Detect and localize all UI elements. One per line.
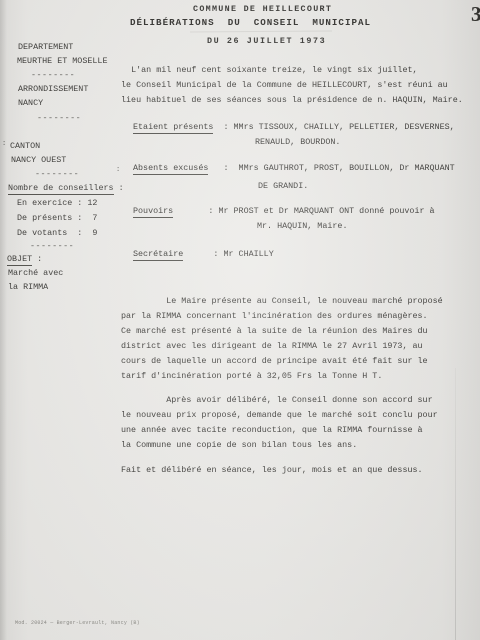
conseillers-row-exercice: En exercice : 12 [17, 198, 97, 209]
absents-row: Absents excusés : MMrs GAUTHROT, PROST, … [133, 163, 455, 174]
intro-paragraph: L'an mil neuf cent soixante treize, le v… [121, 63, 480, 108]
printer-imprint: Mod. 20024 — Berger-Levrault, Nancy (B) [15, 620, 140, 626]
canton-value: NANCY OUEST [11, 155, 66, 166]
canton-label: CANTON [10, 141, 40, 152]
header-title: DÉLIBÉRATIONS DU CONSEIL MUNICIPAL [130, 17, 371, 28]
sidebar-separator: -------- [35, 169, 79, 180]
scan-speck: : [2, 141, 6, 148]
header-commune: COMMUNE DE HEILLECOURT [193, 4, 332, 15]
arrondissement-label: ARRONDISSEMENT [18, 84, 88, 95]
conseillers-row-presents: De présents : 7 [17, 213, 97, 224]
arrondissement-value: NANCY [18, 98, 43, 109]
paper-crease [190, 31, 332, 33]
conseillers-heading-label: Nombre de conseillers [8, 183, 114, 195]
presents-row: Etaient présents : MMrs TISSOUX, CHAILLY… [133, 122, 455, 133]
objet-value-line1: Marché avec [8, 268, 63, 279]
secretaire-row: Secrétaire : Mr CHAILLY [133, 249, 274, 260]
departement-value: MEURTHE ET MOSELLE [17, 56, 107, 67]
conseillers-heading: Nombre de conseillers : [8, 183, 124, 194]
closing-line: Fait et délibéré en séance, les jour, mo… [121, 465, 423, 476]
objet-heading-colon: : [32, 254, 42, 264]
pouvoirs-value: : Mr PROST et Dr MARQUANT ONT donné pouv… [173, 206, 434, 216]
objet-heading: OBJET : [7, 254, 42, 265]
sidebar-separator: -------- [30, 241, 74, 252]
objet-heading-label: OBJET [7, 254, 32, 266]
pouvoirs-value-line2: Mr. HAQUIN, Maire. [257, 221, 347, 232]
departement-label: DEPARTEMENT [18, 42, 73, 53]
absents-label: Absents excusés [133, 163, 208, 175]
absents-value: : MMrs GAUTHROT, PROST, BOUILLON, Dr MAR… [208, 163, 454, 173]
pouvoirs-label: Pouvoirs [133, 206, 173, 218]
secretaire-label: Secrétaire [133, 249, 183, 261]
presents-value: : MMrs TISSOUX, CHAILLY, PELLETIER, DESV… [213, 122, 454, 132]
conseillers-heading-colon: : [114, 183, 124, 193]
header-date: DU 26 JUILLET 1973 [207, 36, 326, 47]
presents-value-line2: RENAULD, BOURDON. [255, 137, 340, 148]
absents-value-line2: DE GRANDI. [258, 181, 308, 192]
sidebar-separator: -------- [37, 113, 81, 124]
pouvoirs-row: Pouvoirs : Mr PROST et Dr MARQUANT ONT d… [133, 206, 435, 217]
sidebar-separator: -------- [31, 70, 75, 81]
presents-label: Etaient présents [133, 122, 213, 134]
deliberation-paragraph-1: Le Maire présente au Conseil, le nouveau… [121, 294, 480, 384]
page-number: 3 [471, 2, 480, 26]
deliberation-paragraph-2: Après avoir délibéré, le Conseil donne s… [121, 393, 480, 453]
document-page: : : COMMUNE DE HEILLECOURT DÉLIBÉRATIONS… [0, 0, 480, 640]
objet-value-line2: la RIMMA [8, 282, 48, 293]
secretaire-value: : Mr CHAILLY [183, 249, 273, 259]
scan-speck: : [116, 167, 120, 174]
conseillers-row-votants: De votants : 9 [17, 228, 97, 239]
